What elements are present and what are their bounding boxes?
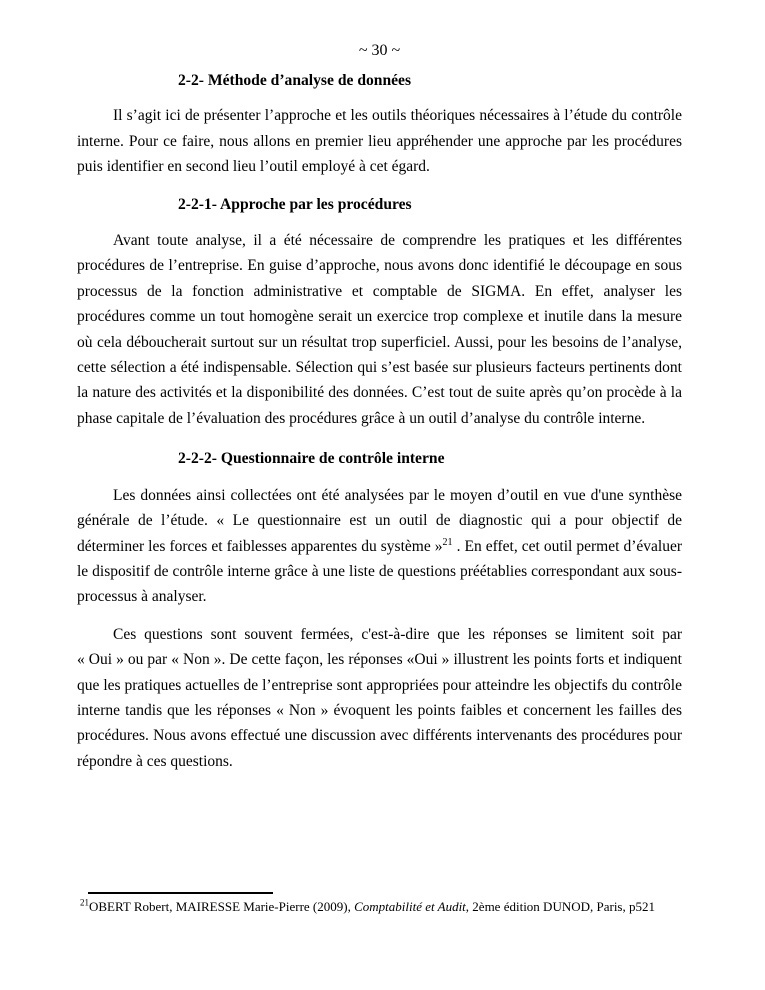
- page-number: ~ 30 ~: [77, 41, 682, 60]
- footnote-separator-rule: [88, 892, 273, 894]
- heading-approche-procedures: 2-2-1- Approche par les procédures: [178, 192, 682, 217]
- document-page: ~ 30 ~ 2-2- Méthode d’analyse de données…: [0, 0, 765, 990]
- footnote-marker-21: 21: [80, 898, 89, 908]
- heading-questionnaire-controle-interne: 2-2-2- Questionnaire de contrôle interne: [178, 446, 682, 471]
- footnote-edition-text: , 2ème édition DUNOD, Paris, p521: [466, 899, 655, 914]
- footnote: 21OBERT Robert, MAIRESSE Marie-Pierre (2…: [80, 898, 682, 915]
- footnote-author-text: OBERT Robert, MAIRESSE Marie-Pierre (200…: [89, 899, 354, 914]
- footnote-reference-21: 21: [443, 536, 453, 547]
- footnote-area: 21OBERT Robert, MAIRESSE Marie-Pierre (2…: [77, 892, 682, 915]
- page-content: 2-2- Méthode d’analyse de données Il s’a…: [77, 66, 682, 774]
- paragraph-questions-fermees: Ces questions sont souvent fermées, c'es…: [77, 622, 682, 774]
- footnote-book-title: Comptabilité et Audit: [354, 899, 466, 914]
- paragraph-intro-methode: Il s’agit ici de présenter l’approche et…: [77, 103, 682, 179]
- paragraph-approche-procedures: Avant toute analyse, il a été nécessaire…: [77, 228, 682, 431]
- heading-methode-analyse-donnees: 2-2- Méthode d’analyse de données: [178, 68, 682, 93]
- paragraph-questionnaire-definition: Les données ainsi collectées ont été ana…: [77, 483, 682, 610]
